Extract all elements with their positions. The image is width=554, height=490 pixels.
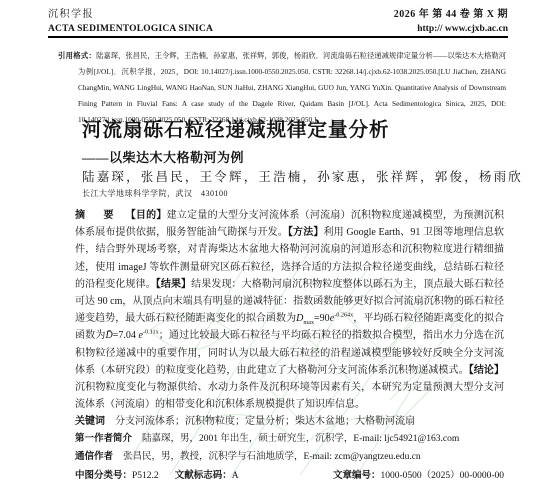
formula-dmax: Dmax=90e-0.264x bbox=[296, 313, 353, 324]
keywords-label: 关键词 bbox=[75, 416, 105, 427]
abstract-text-3: ；通过比较最大砾石粒径与平均砾石粒径的指数拟合模型，指出水力分选在沉积物粒径递减… bbox=[75, 330, 504, 410]
issue-block: 2026 年 第 44 卷 第 X 期 http:// www.cjxb.ac.… bbox=[394, 8, 508, 36]
article-subtitle: ——以柴达木大格勒河为例 bbox=[82, 147, 244, 166]
first-author-row: 第一作者简介陆嘉琛，男，2001 年出生，硕士研究生，沉积学，E-mail: l… bbox=[75, 430, 504, 444]
article-title: 河流扇砾石粒径递减规律定量分析 bbox=[82, 114, 390, 142]
journal-name-en: ACTA SEDIMENTOLOGICA SINICA bbox=[48, 22, 213, 36]
affiliation-line: 长江大学地球科学学院，武汉 430100 bbox=[82, 188, 228, 199]
keywords-text: 分支河流体系；沉积物粒度；定量分析；柴达木盆地；大格勒河流扇 bbox=[115, 416, 415, 427]
doc-code-value: A bbox=[232, 471, 239, 481]
clc-value: P512.2 bbox=[132, 471, 159, 481]
paper-page: 沉积学报 ACTA SEDIMENTOLOGICA SINICA 2026 年 … bbox=[0, 0, 554, 490]
abstract-paragraph: 摘 要【目的】建立定量的大型分支河流体系（河流扇）沉积物粒度递减模型，为预测沉积… bbox=[75, 207, 504, 413]
abstract-text-1: 【目的】建立定量的大型分支河流体系（河流扇）沉积物粒度递减模型，为预测沉积体系展… bbox=[75, 210, 504, 324]
citation-label: 引用格式： bbox=[58, 51, 96, 60]
clc-label: 中图分类号： bbox=[75, 471, 132, 481]
formula-dmean: D̄=7.04 e-0.11x bbox=[105, 330, 158, 341]
corresponding-author-row: 通信作者张昌民，男，教授，沉积学与石油地质学，E-mail: zcm@yangt… bbox=[75, 448, 504, 462]
abstract-label: 摘 要 bbox=[75, 210, 118, 221]
footer-meta-row: 中图分类号：P512.2文献标志码：A 文章编号：1000-0500（2025）… bbox=[75, 467, 504, 481]
first-author-text: 陆嘉琛，男，2001 年出生，硕士研究生，沉积学，E-mail: ljc5492… bbox=[142, 434, 459, 444]
article-number-label: 文章编号： bbox=[333, 471, 381, 481]
article-number-value: 1000-0500（2025）00-0000-00 bbox=[381, 471, 505, 481]
doc-code-label: 文献标志码： bbox=[175, 471, 232, 481]
journal-name-cn: 沉积学报 bbox=[48, 8, 213, 22]
article-number: 文章编号：1000-0500（2025）00-0000-00 bbox=[333, 467, 504, 481]
header-rule bbox=[48, 36, 508, 38]
issue-info: 2026 年 第 44 卷 第 X 期 bbox=[394, 8, 508, 22]
corresponding-author-text: 张昌民，男，教授，沉积学与石油地质学，E-mail: zcm@yangtzeu.… bbox=[123, 452, 421, 462]
first-author-label: 第一作者简介 bbox=[75, 434, 132, 444]
corresponding-author-label: 通信作者 bbox=[75, 452, 113, 462]
journal-masthead: 沉积学报 ACTA SEDIMENTOLOGICA SINICA bbox=[48, 8, 213, 36]
keywords-row: 关键词分支河流体系；沉积物粒度；定量分析；柴达木盆地；大格勒河流扇 bbox=[75, 412, 504, 427]
journal-url: http:// www.cjxb.ac.cn bbox=[394, 22, 508, 36]
clc-and-doccode: 中图分类号：P512.2文献标志码：A bbox=[75, 467, 239, 481]
authors-line: 陆嘉琛，张昌民，王令辉，王浩楠，孙家惠，张祥辉，郭俊，杨雨欣 bbox=[82, 167, 523, 185]
